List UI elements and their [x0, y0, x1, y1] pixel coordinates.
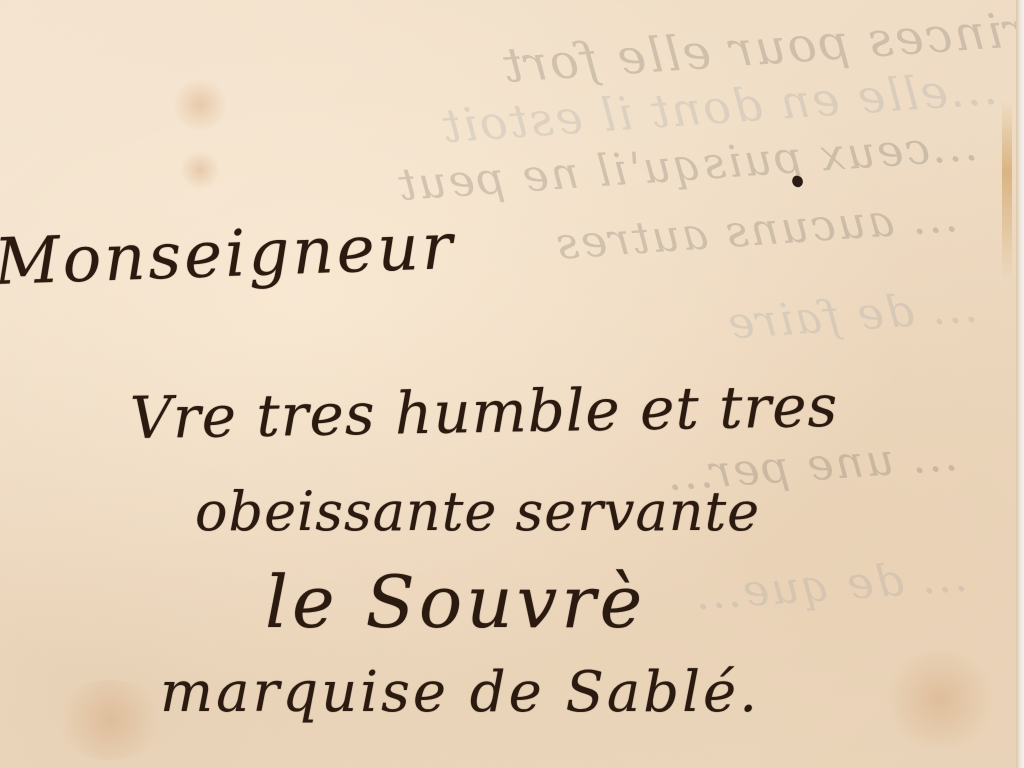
signature-name: le Souvrè	[265, 560, 646, 644]
paper-stain	[880, 650, 1000, 750]
page-edge	[1016, 0, 1024, 768]
bleed-through-line: ... aucuns autres	[552, 191, 959, 270]
paper-stain	[180, 150, 220, 190]
salutation: Monseigneur	[0, 210, 456, 300]
closing-line: Vre tres humble et tres	[129, 372, 838, 452]
paper-stain	[170, 80, 230, 130]
closing-line: obeissante servante	[195, 480, 760, 543]
bleed-through-line: ... de que...	[692, 550, 970, 620]
paper-stain	[50, 680, 170, 760]
edge-stain	[1002, 100, 1012, 280]
signature-title: marquise de Sablé.	[160, 660, 760, 725]
letter-page: rinces pour elle fort ...elle en dont il…	[0, 0, 1018, 768]
bleed-through-line: ... de faire	[725, 281, 980, 349]
